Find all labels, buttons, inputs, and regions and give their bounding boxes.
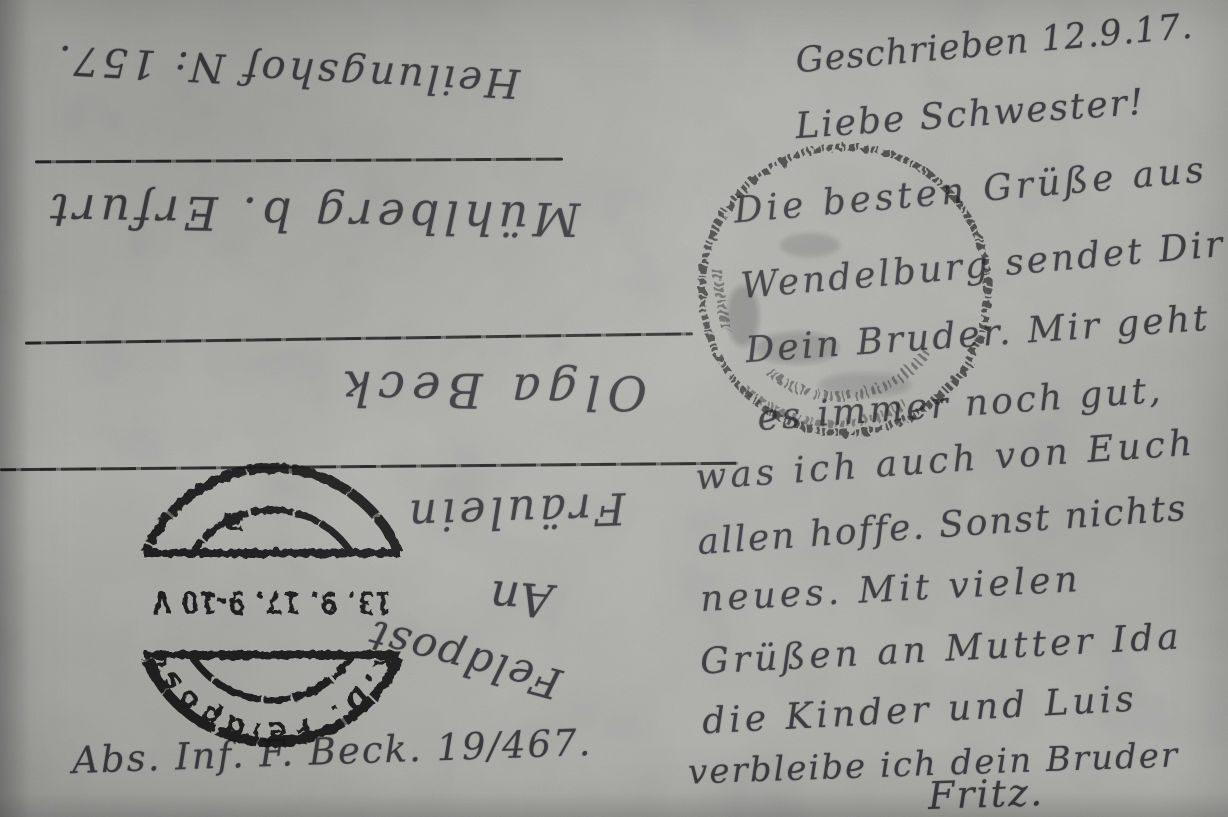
message-line: neues. Mit vielen	[699, 559, 1082, 620]
address-title: Fräulein	[404, 482, 626, 541]
address-line-2	[25, 332, 693, 344]
address-street: Heilungshof N: 157.	[54, 36, 521, 106]
address-town: Mühlberg b. Erfurt	[45, 183, 581, 246]
postcard-scan: Heilungshof N: 157. Mühlberg b. Erfurt O…	[0, 0, 1228, 817]
postmark-faint	[690, 140, 1000, 440]
postmark-feldpost: 13. 9. 17. 9-10 V a K.D. Feldpost	[122, 455, 422, 755]
postmark-date: 13. 9. 17. 9-10 V	[152, 584, 392, 619]
message-line: allen hoffe. Sonst nichts	[696, 488, 1189, 563]
message-line: die Kinder und Luis	[701, 679, 1138, 743]
address-name: Olga Beck	[335, 359, 648, 420]
message-line: Grüßen an Mutter Ida	[699, 616, 1183, 682]
svg-text:K.D. Feldpost: K.D. Feldpost	[140, 645, 404, 747]
address-line-1	[35, 158, 563, 164]
address-salutation: An	[488, 570, 554, 628]
message-line: Liebe Schwester!	[794, 82, 1147, 147]
message-line: Geschrieben 12.9.17.	[794, 7, 1195, 82]
postmark-index-letter: a	[223, 505, 245, 543]
postmark-ring-text: K.D. Feldpost	[140, 645, 404, 747]
message-signature: Fritz.	[927, 770, 1045, 817]
